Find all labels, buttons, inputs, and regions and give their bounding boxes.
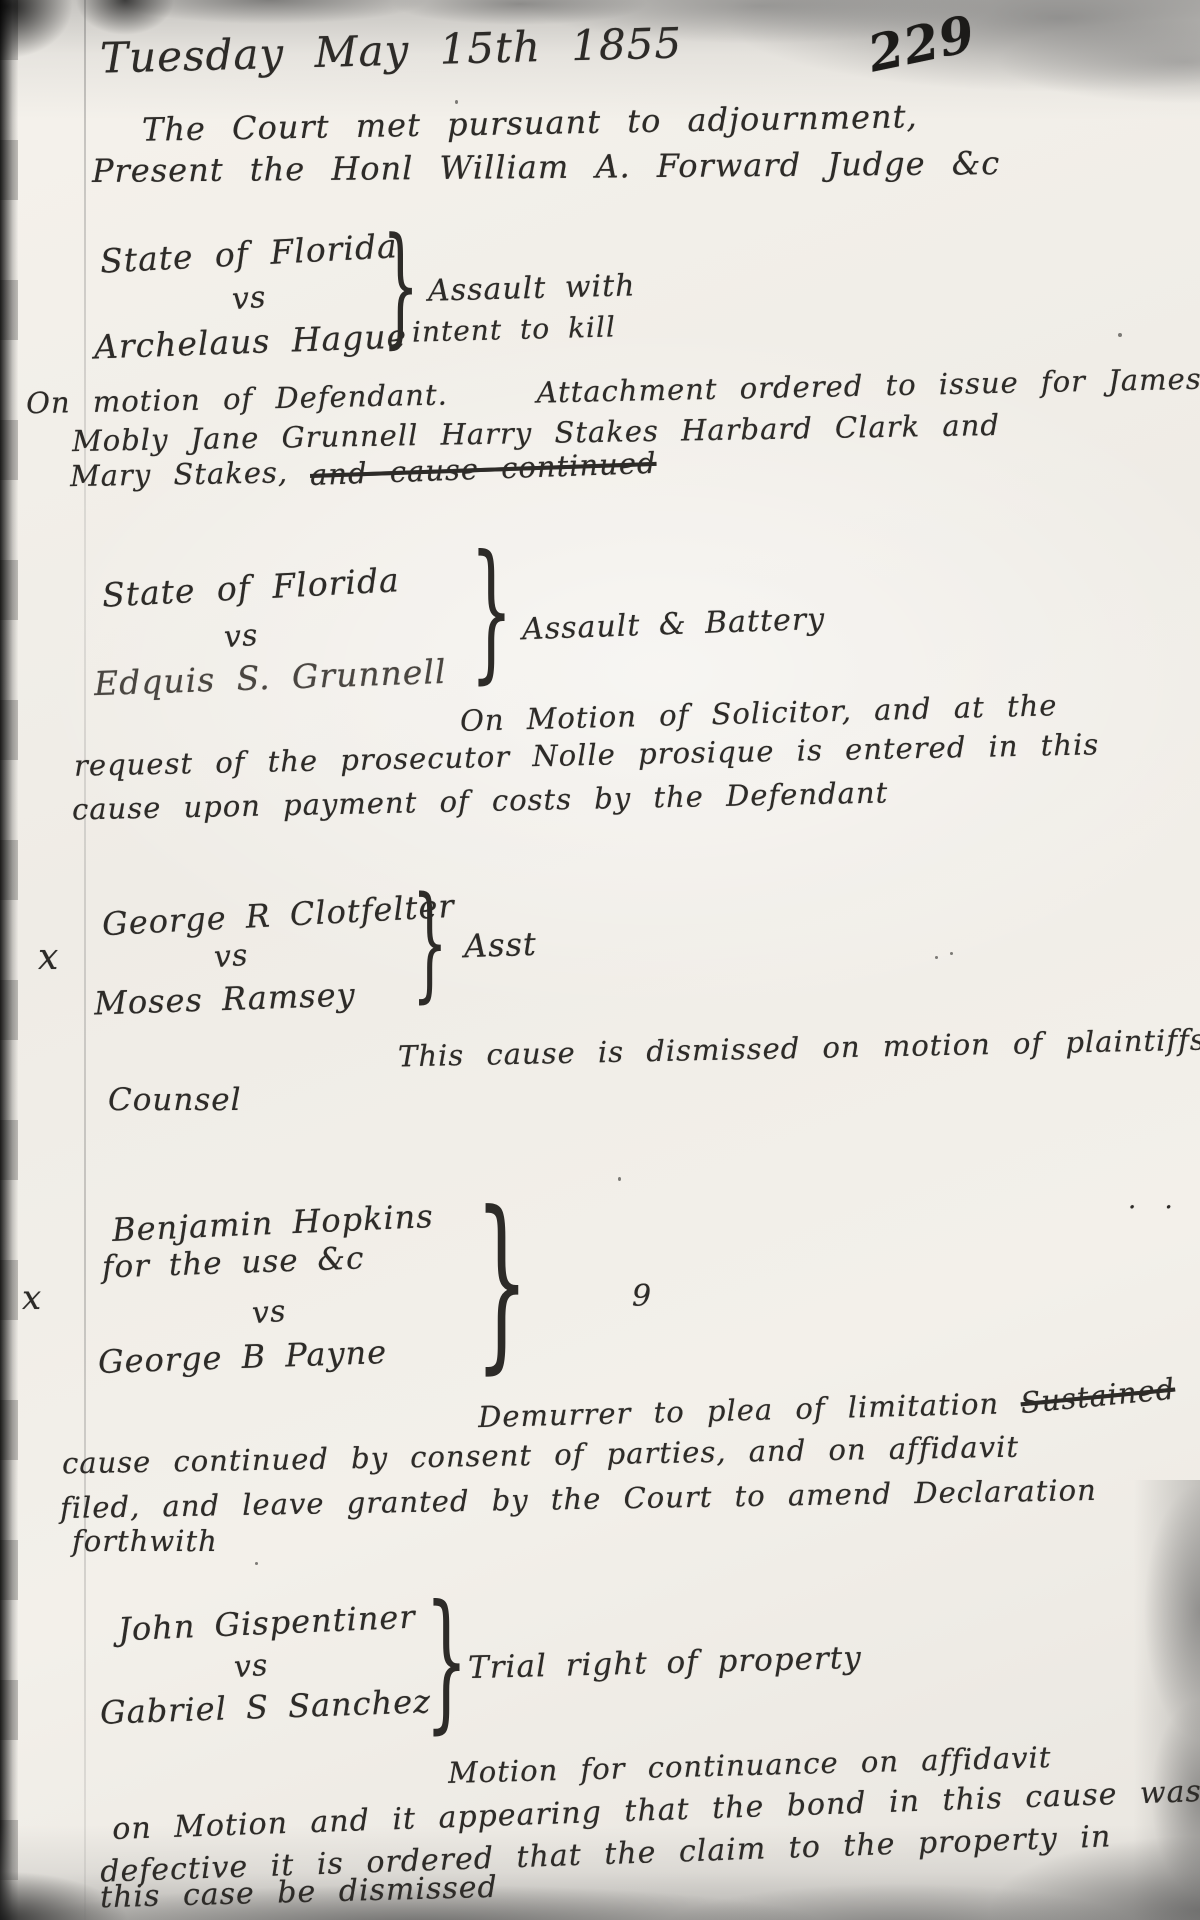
- case2-vs-label: vs: [223, 619, 260, 654]
- case4-center-mark: 9: [632, 1280, 652, 1313]
- case5-party-top: John Gispentiner: [117, 1600, 416, 1648]
- case3-order-line1: This cause is dismissed on motion of pla…: [398, 1025, 1200, 1074]
- case2-charge-line1: Assault & Battery: [522, 603, 826, 647]
- case1-charge-line1: Assault with: [428, 269, 636, 307]
- case4-party-bottom: George B Payne: [97, 1335, 387, 1380]
- case1-order-line3-text: Mary Stakes,: [70, 455, 311, 493]
- case1-charge-line2: intent to kill: [412, 312, 617, 348]
- case1-vs-label: vs: [231, 281, 268, 316]
- case5-charge-line1: Trial right of property: [468, 1641, 863, 1685]
- case-brace: }: [475, 1202, 529, 1362]
- case1-order-line1: On motion of Defendant. Attachment order…: [26, 364, 1200, 421]
- case1-party-top: State of Florida: [99, 228, 398, 280]
- case-brace: }: [470, 548, 513, 676]
- case3-party-top: George R Clotfelter: [101, 889, 455, 943]
- case1-party-bottom: Archelaus Hague: [93, 319, 407, 366]
- ink-speck: [455, 100, 458, 104]
- case4-stray-ink-dots: · ·: [1128, 1194, 1179, 1223]
- case-brace: }: [425, 1598, 468, 1726]
- case3-charge-line1: Asst: [463, 927, 537, 965]
- case3-vs-label: vs: [213, 939, 250, 974]
- scan-artifact-right-edge: [1105, 1480, 1200, 1920]
- court-record-page: 229 Tuesday May 15th 1855 The Court met …: [0, 0, 1200, 1920]
- case2-party-bottom: Edquis S. Grunnell: [93, 654, 447, 703]
- case3-party-bottom: Moses Ramsey: [93, 977, 356, 1021]
- case4-order-line4: forthwith: [72, 1526, 218, 1558]
- ink-speck: [255, 1562, 258, 1565]
- case4-party-top-line2: for the use &c: [101, 1241, 364, 1284]
- scan-artifact-left-edge: [0, 0, 18, 1920]
- ink-speck: [618, 1177, 621, 1181]
- ink-speck: [950, 952, 953, 955]
- case4-struck-text: Sustained: [1020, 1374, 1177, 1421]
- ink-speck: [935, 956, 938, 959]
- ink-speck: [1118, 333, 1122, 337]
- case4-party-top: Benjamin Hopkins: [111, 1199, 434, 1248]
- case3-margin-x-mark: x: [38, 938, 59, 978]
- opening-line: Present the Honl William A. Forward Judg…: [92, 146, 1000, 189]
- case4-vs-label: vs: [251, 1295, 288, 1330]
- case3-order-line2: Counsel: [108, 1083, 241, 1117]
- case4-margin-x-mark: x: [22, 1280, 42, 1317]
- case2-order-line3: cause upon payment of costs by the Defen…: [72, 777, 889, 826]
- case1-order-line3: Mary Stakes, and cause continued: [70, 451, 657, 493]
- case4-order-line1-text: Demurrer to plea of limitation: [478, 1386, 1022, 1434]
- case-brace: }: [412, 890, 448, 996]
- case5-vs-label: vs: [233, 1649, 270, 1684]
- case4-order-line1: Demurrer to plea of limitation Sustained: [478, 1384, 1177, 1434]
- case2-party-top: State of Florida: [101, 562, 400, 614]
- case4-order-line3: filed, and leave granted by the Court to…: [60, 1475, 1097, 1525]
- case4-order-line2: cause continued by consent of parties, a…: [62, 1432, 1019, 1481]
- ledger-margin-line: [84, 0, 86, 1920]
- case2-order-line2: request of the prosecutor Nolle prosique…: [74, 729, 1100, 782]
- case5-party-bottom: Gabriel S Sanchez: [99, 1684, 431, 1731]
- case1-struck-text: and cause continued: [310, 448, 658, 492]
